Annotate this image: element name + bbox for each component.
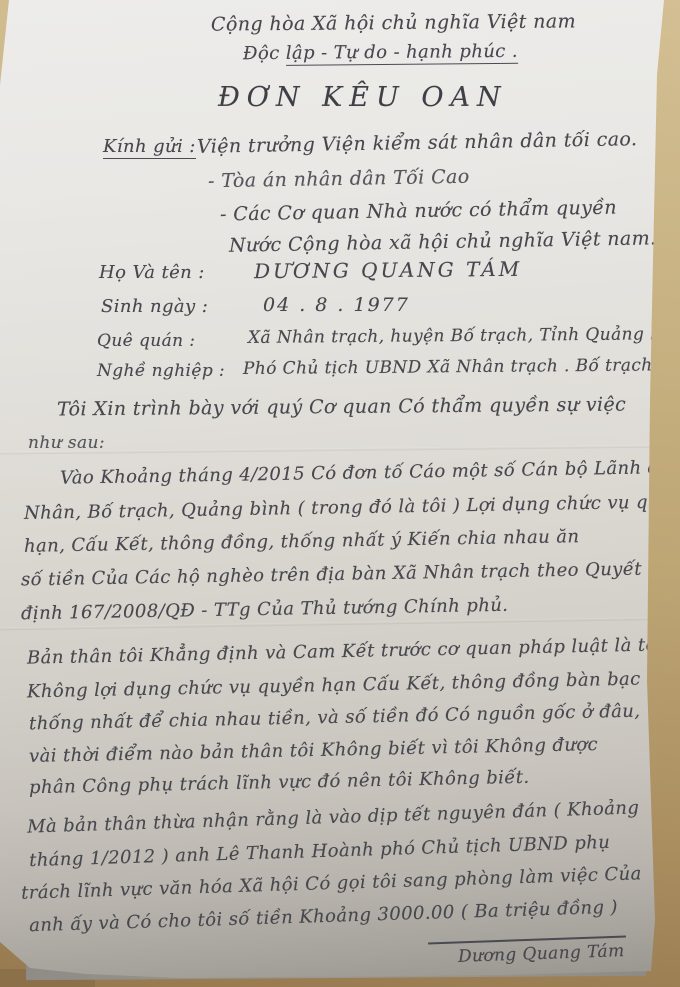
motto-underlined: lập - Tự do - hạnh phúc . xyxy=(286,41,518,66)
name-label: Họ Và tên : xyxy=(99,262,205,283)
para3-line: anh ấy và Có cho tôi số tiền Khoảng 3000… xyxy=(29,897,618,936)
national-motto: Độc lập - Tự do - hạnh phúc . xyxy=(243,41,518,64)
para3-line: tháng 1/2012 ) anh Lê Thanh Hoành phó Ch… xyxy=(29,832,611,871)
para2-line: Bản thân tôi Khẳng định và Cam Kết trước… xyxy=(27,634,663,668)
para2-line: thống nhất để chia nhau tiền, và số tiền… xyxy=(29,701,641,735)
para1-line: Vào Khoảng tháng 4/2015 Có đơn tố Cáo mộ… xyxy=(60,456,680,488)
intro-line-2: như sau: xyxy=(28,433,105,453)
recipient-line-1: Viện trưởng Viện kiểm sát nhân dân tối c… xyxy=(197,128,638,158)
para3-line: trách lĩnh vực văn hóa Xã hội Có gọi tôi… xyxy=(21,863,642,903)
hometown-label: Quê quán : xyxy=(97,331,195,351)
recipient-line-4: Nước Cộng hòa xã hội chủ nghĩa Việt nam. xyxy=(229,227,657,256)
signature-name: Dương Quang Tám xyxy=(458,941,625,967)
para1-line: số tiền Của Các hộ nghèo trên địa bàn Xã… xyxy=(21,559,642,591)
page-title: ĐƠN KÊU OAN xyxy=(218,82,508,113)
kinh-gui-label: Kính gửi : xyxy=(103,136,196,159)
national-header-line1: Cộng hòa Xã hội chủ nghĩa Việt nam xyxy=(211,10,576,35)
recipient-line-2: - Tòa án nhân dân Tối Cao xyxy=(208,166,470,193)
hometown-value: Xã Nhân trạch, huyện Bố trạch, Tỉnh Quản… xyxy=(248,324,680,348)
paper-sheet: Cộng hòa Xã hội chủ nghĩa Việt nam Độc l… xyxy=(0,0,680,987)
recipient-line-3: - Các Cơ quan Nhà nước có thẩm quyền xyxy=(220,197,617,226)
job-value: Phó Chủ tịch UBND Xã Nhân trạch . Bố trạ… xyxy=(243,355,680,379)
motto-prefix: Độc xyxy=(243,43,286,64)
para2-line: vài thời điểm nào bản thân tôi Không biế… xyxy=(29,734,598,767)
para2-line: Không lợi dụng chức vụ quyền hạn Cấu Kết… xyxy=(27,669,641,703)
job-label: Nghề nghiệp : xyxy=(97,361,225,381)
para3-line: Mà bản thân thừa nhận rằng là vào dịp tế… xyxy=(27,797,640,837)
document-photo: Cộng hòa Xã hội chủ nghĩa Việt nam Độc l… xyxy=(0,0,680,987)
para1-line: hạn, Cấu Kết, thông đồng, thống nhất ý K… xyxy=(24,526,580,557)
para1-line: Nhân, Bố trạch, Quảng bình ( trong đó là… xyxy=(24,491,680,524)
intro-line-1: Tôi Xin trình bày với quý Cơ quan Có thẩ… xyxy=(57,394,626,421)
dob-label: Sinh ngày : xyxy=(101,296,208,317)
name-value: DƯƠNG QUANG TÁM xyxy=(254,257,522,283)
para2-line: phân Công phụ trách lĩnh vực đó nên tôi … xyxy=(29,767,530,798)
dob-value: 04 . 8 . 1977 xyxy=(263,294,410,316)
